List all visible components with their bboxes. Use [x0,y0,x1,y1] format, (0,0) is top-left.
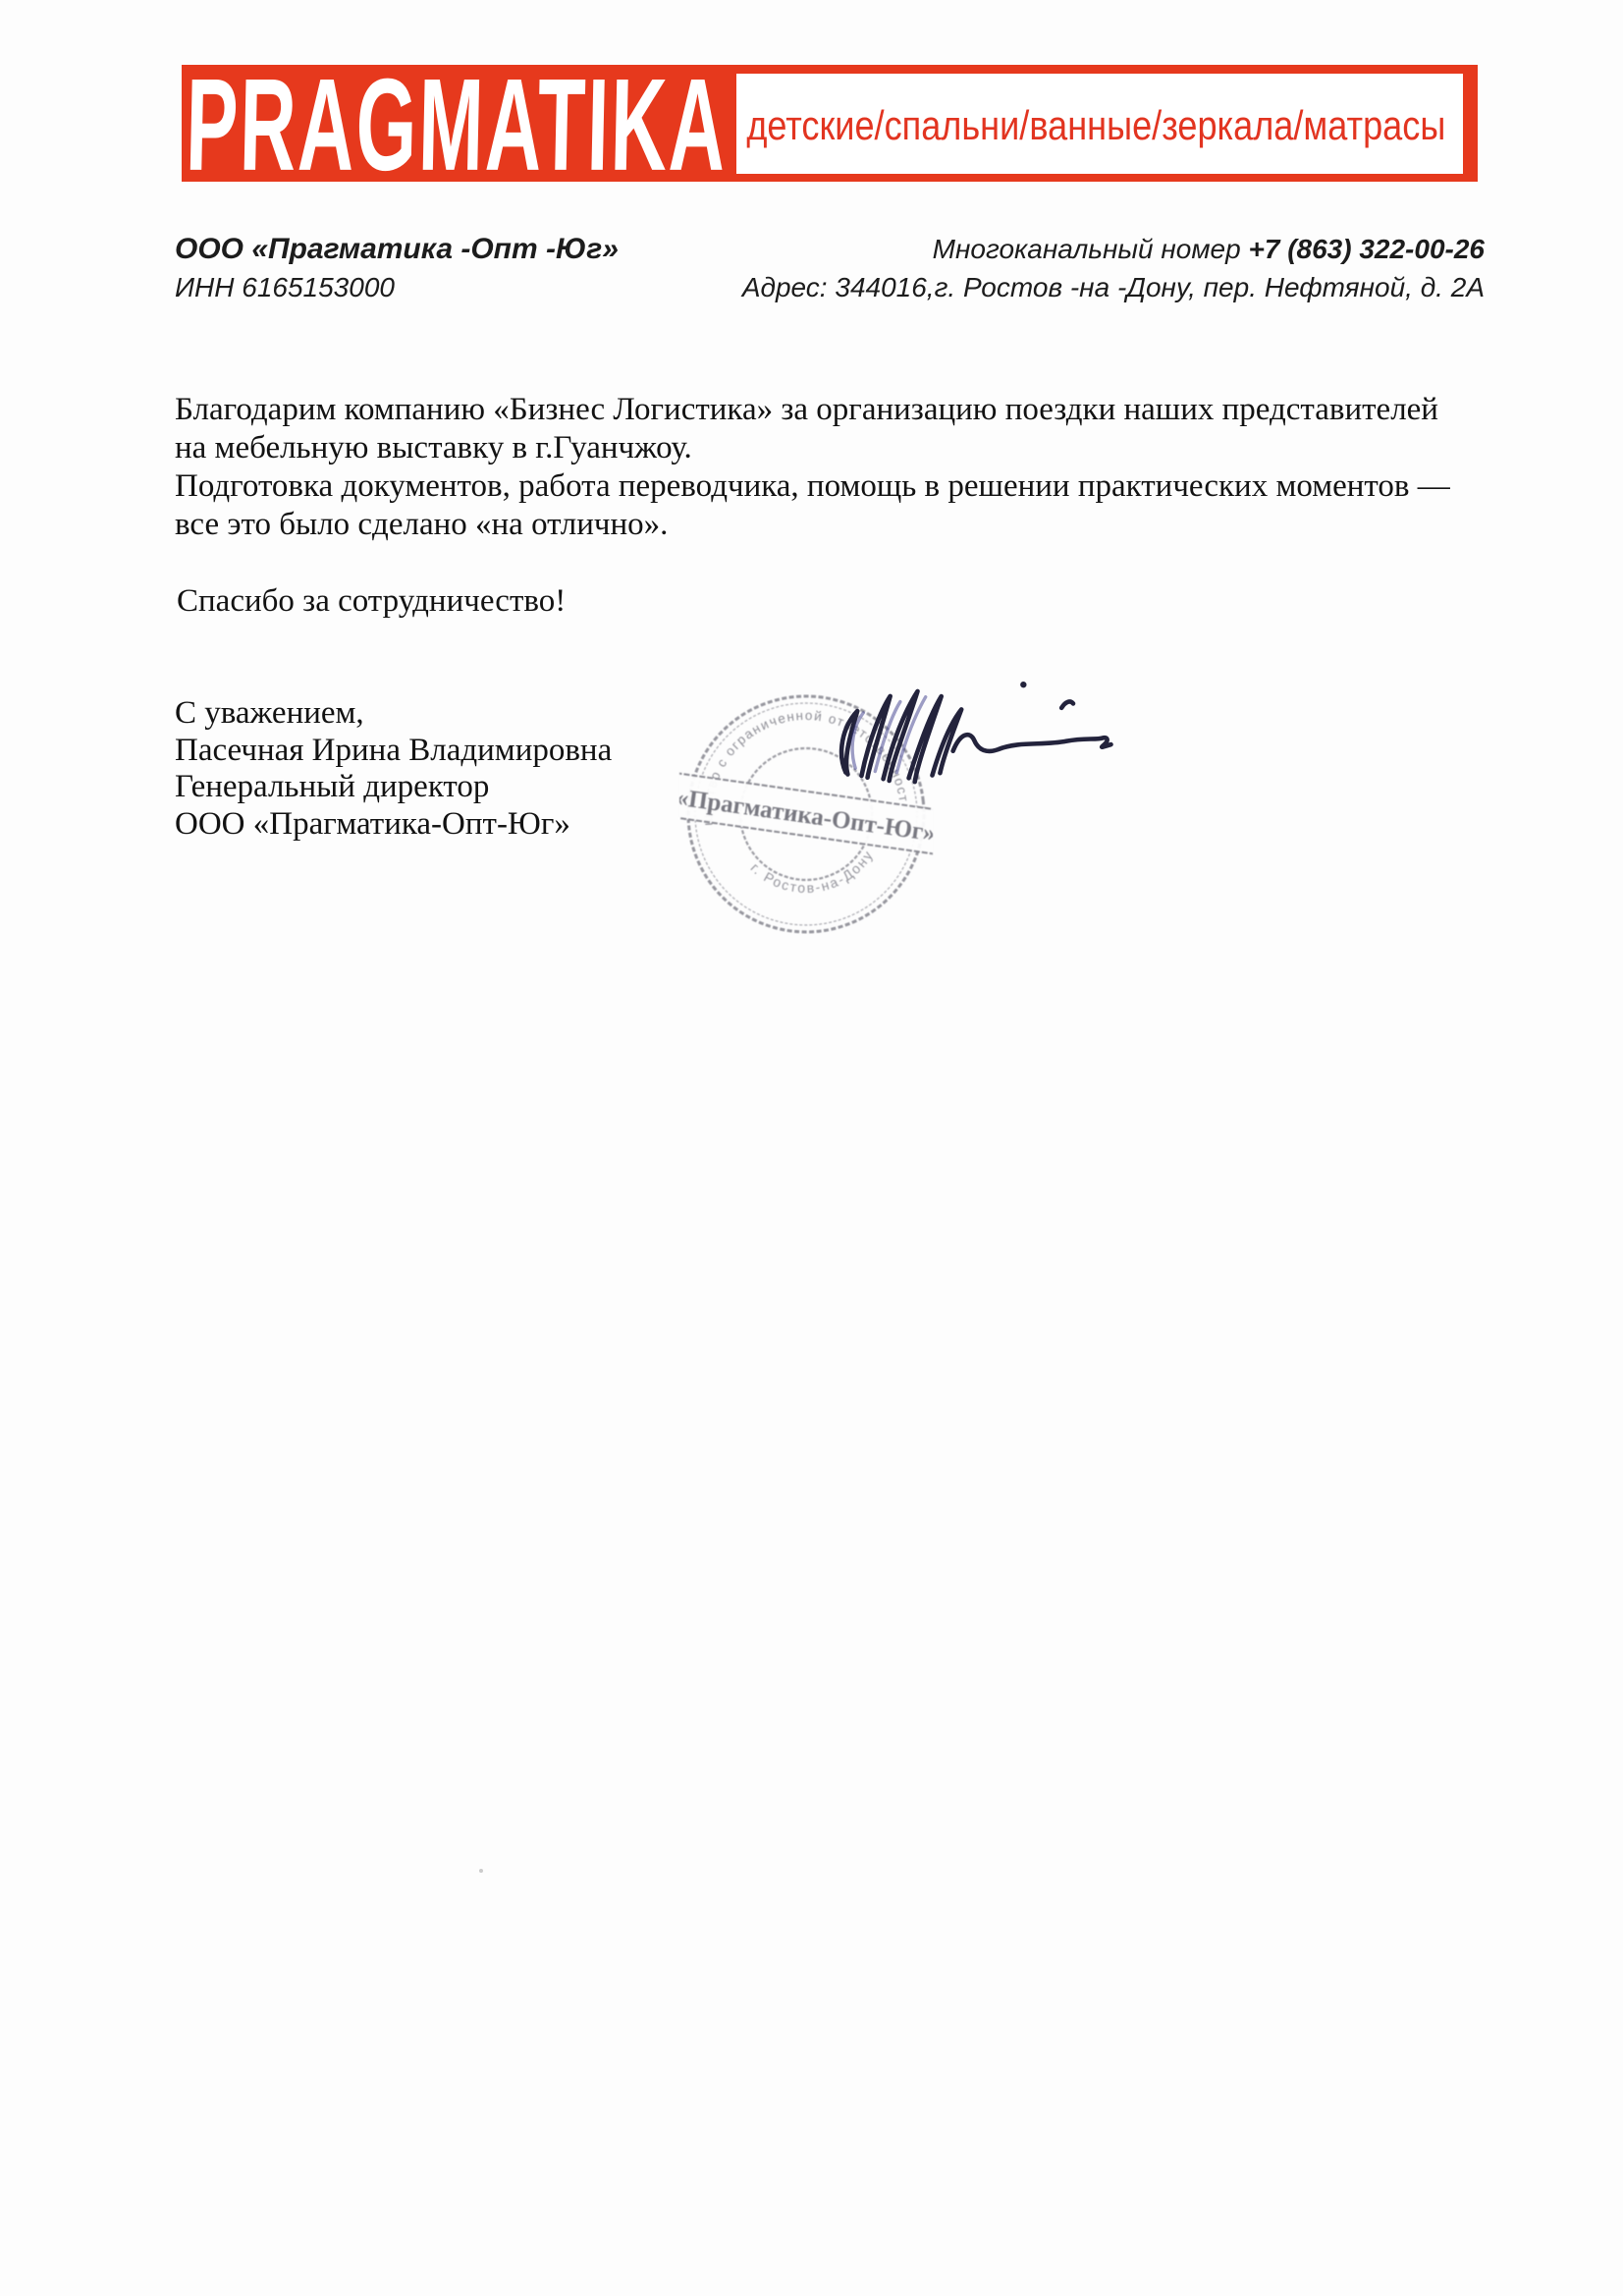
signoff-block: С уважением, Пасечная Ирина Владимировна… [175,695,612,843]
scan-artifact-dot [479,1869,483,1873]
pragmatika-logo: PRAGMATIKA [188,51,737,179]
company-name: ООО «Прагматика -Опт -Юг» [175,230,619,268]
address-line: Адрес: 344016,г. Ростов -на -Дону, пер. … [742,268,1485,306]
signoff-person-title: Генеральный директор [175,769,612,806]
company-info-left: ООО «Прагматика -Опт -Юг» ИНН 6165153000 [175,230,619,306]
seal-ring-text-bottom: г. Ростов-на-Дону [746,846,881,903]
phone-number: +7 (863) 322-00-26 [1248,234,1485,264]
signoff-greeting: С уважением, [175,695,612,733]
paragraph2-line2: все это было сделано «на отлично». [175,506,1500,544]
pragmatika-logo-text: PRAGMATIKA [185,51,729,191]
categories-box: детские/спальни/ванные/зеркала/матрасы [736,74,1463,174]
signature-dot [1020,682,1027,688]
letter-page: PRAGMATIKA детские/спальни/ванные/зеркал… [0,0,1623,2296]
thanks-line: Спасибо за сотрудничество! [177,583,566,620]
paragraph2-line1: Подготовка документов, работа переводчик… [175,467,1500,506]
company-info-right: Многоканальный номер +7 (863) 322-00-26 … [742,230,1485,306]
signature-tail-stroke [952,730,1111,752]
company-info-row: ООО «Прагматика -Опт -Юг» ИНН 6165153000… [175,230,1485,306]
director-signature [829,669,1117,796]
paragraph1-line1: Благодарим компанию «Бизнес Логистика» з… [175,391,1500,429]
paragraph1-line2: на мебельную выставку в г.Гуанчжоу. [175,429,1500,467]
company-inn: ИНН 6165153000 [175,268,619,306]
signoff-company: ООО «Прагматика-Опт-Юг» [175,806,612,844]
letter-body: Благодарим компанию «Бизнес Логистика» з… [175,391,1500,544]
signature-flick [1061,701,1073,707]
phone-label: Многоканальный номер [933,234,1249,264]
letterhead-banner: PRAGMATIKA детские/спальни/ванные/зеркал… [182,65,1478,182]
phone-line: Многоканальный номер +7 (863) 322-00-26 [742,230,1485,268]
categories-text: детские/спальни/ванные/зеркала/матрасы [736,102,1445,149]
signature-zigzag-strokes [839,689,964,784]
signoff-person-name: Пасечная Ирина Владимировна [175,733,612,770]
